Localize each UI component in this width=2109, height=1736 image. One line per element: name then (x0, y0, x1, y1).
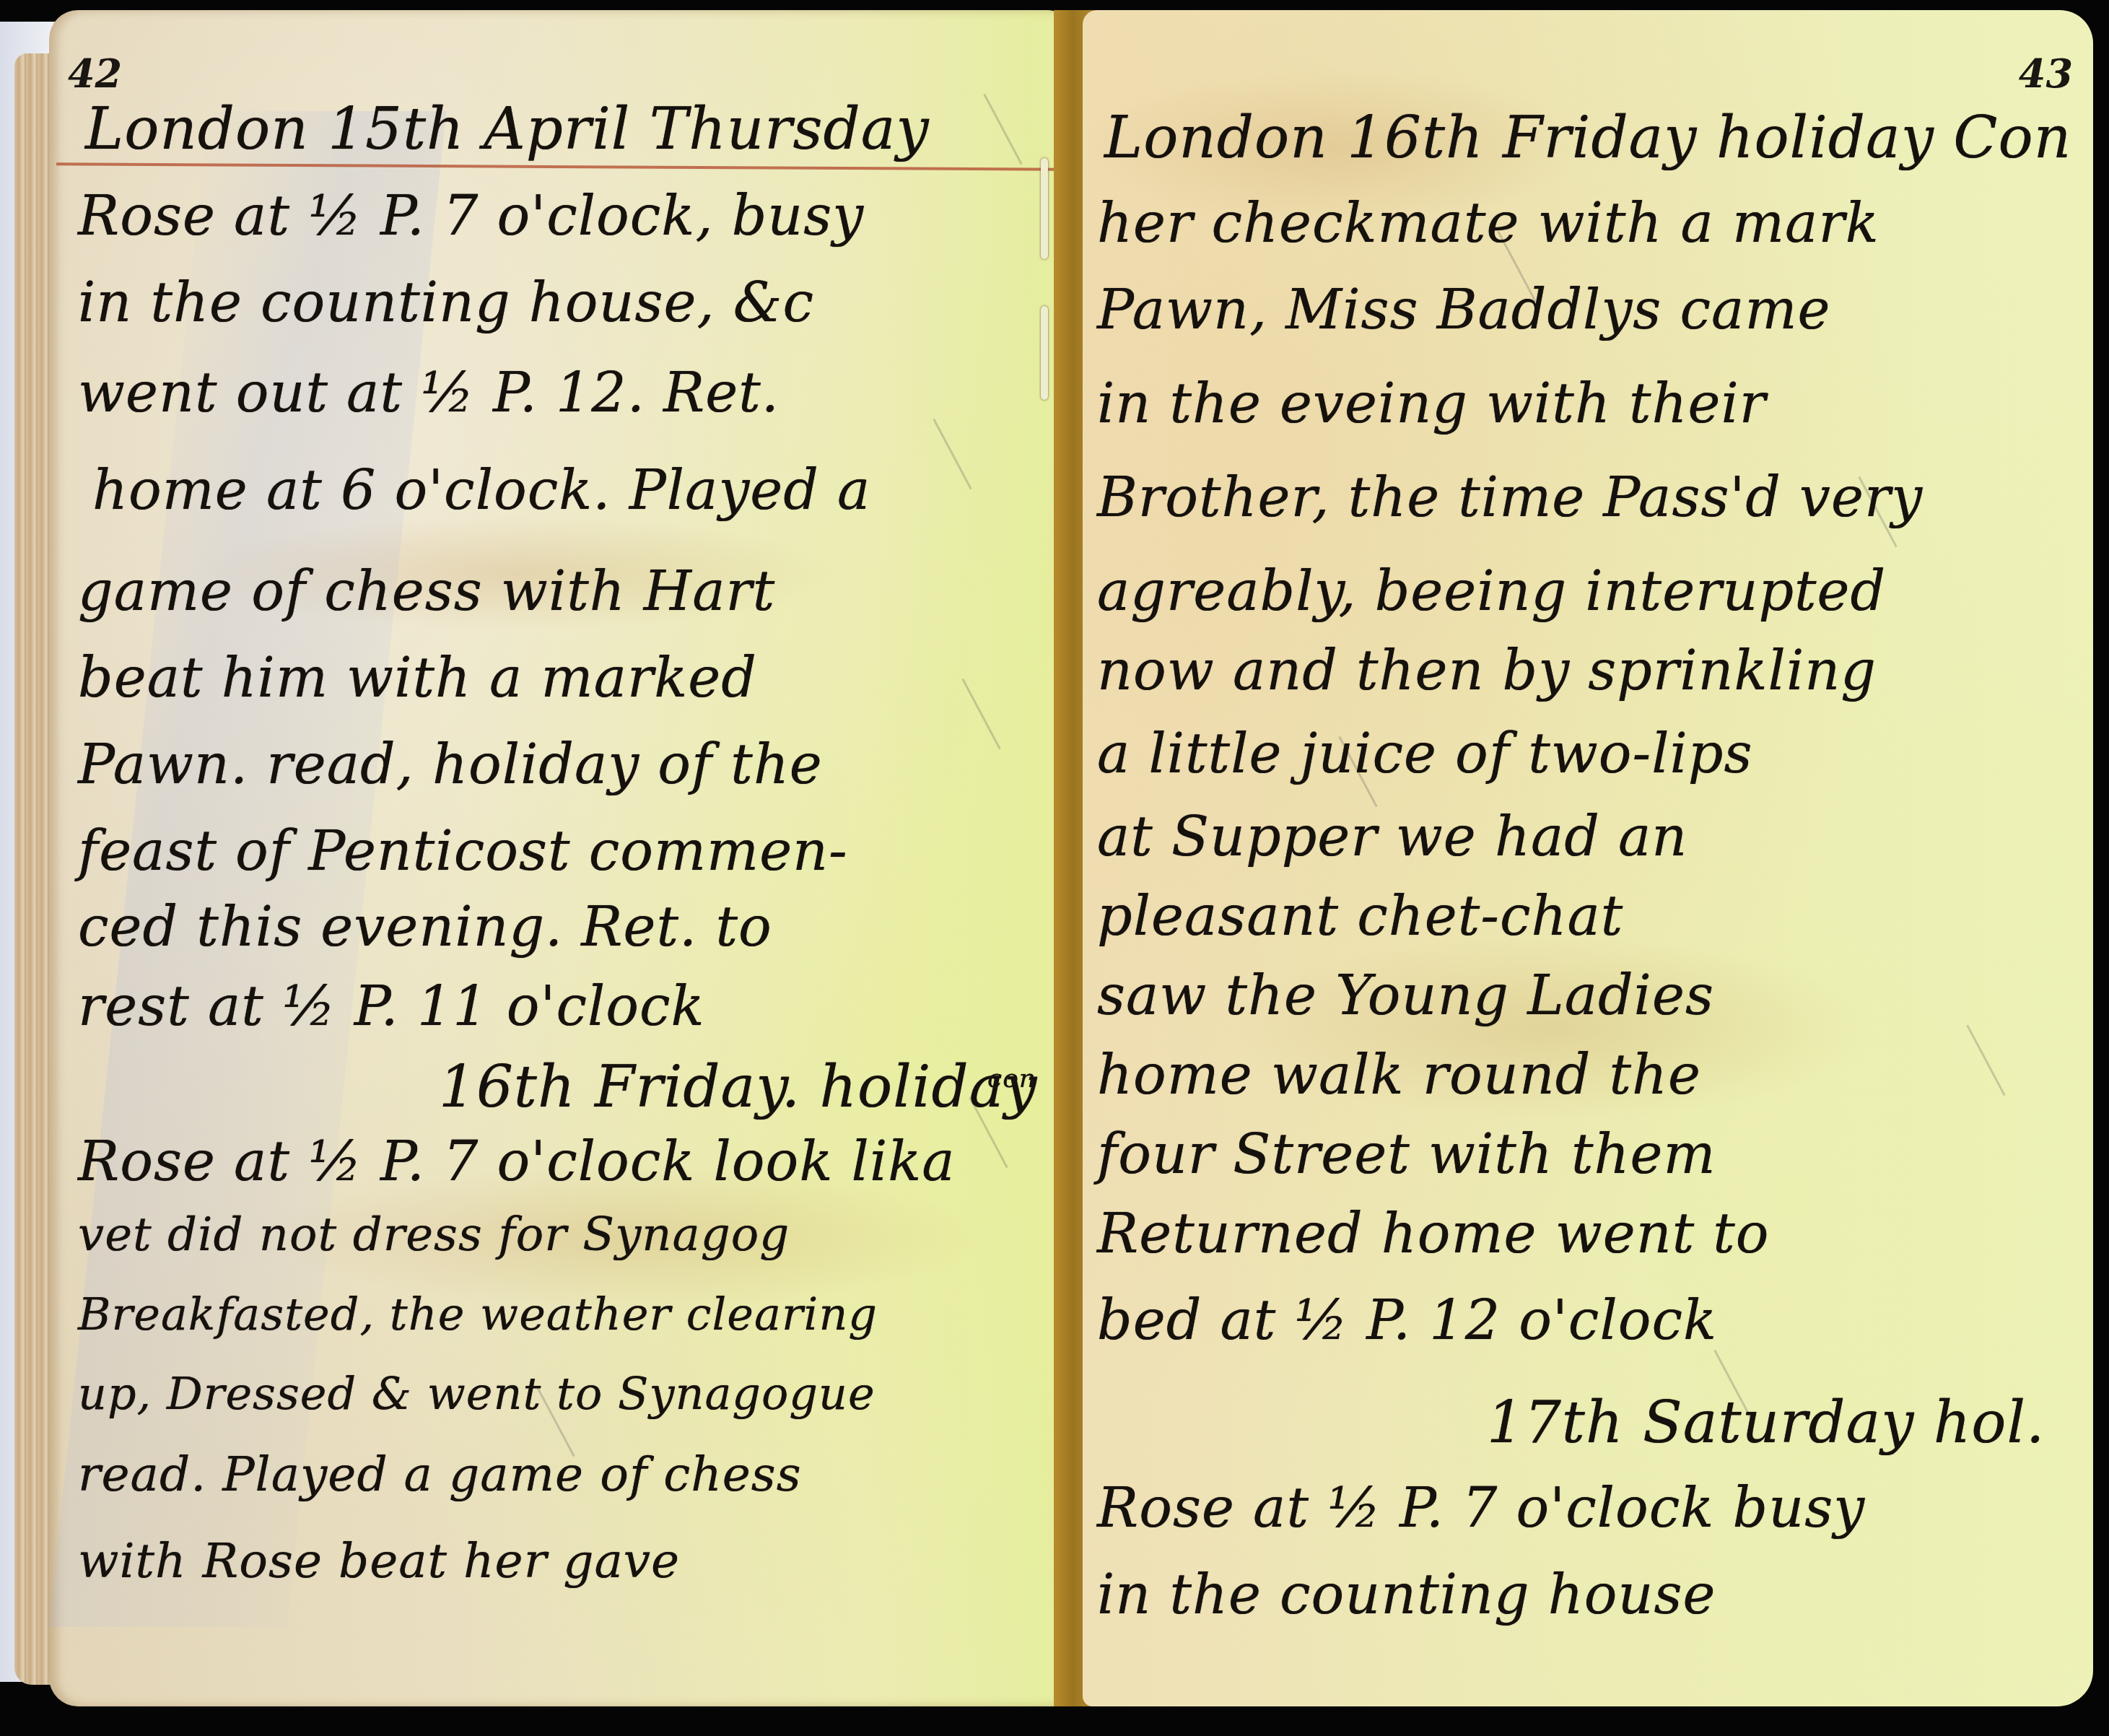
diary-entry-heading: London 15th April Thursday (85, 95, 930, 162)
right-page-text: London 16th Friday holiday Con her check… (1083, 10, 2093, 1706)
handwritten-line: saw the Young Ladies (1097, 963, 1714, 1027)
handwritten-line: Pawn, Miss Baddlys came (1097, 277, 1830, 341)
handwritten-line: vet did not dress for Synagog (78, 1208, 790, 1262)
handwritten-line: Breakfasted, the weather clearing (78, 1288, 878, 1340)
handwritten-line: home at 6 o'clock. Played a (92, 458, 870, 522)
open-diary: 42 London 15th April Thursday Rose at ½ … (14, 10, 2100, 1714)
diary-entry-date: 17th Saturday hol. (1487, 1389, 2045, 1456)
handwritten-line: beat him with a marked (78, 645, 757, 710)
diary-entry-heading: London 16th Friday holiday Con (1104, 104, 2071, 171)
handwritten-line: went out at ½ P. 12. Ret. (78, 360, 780, 424)
right-page: 43 London 16th Friday holiday Con her ch… (1083, 10, 2093, 1706)
diary-entry-date: 16th Friday. holiday (439, 1053, 1038, 1120)
handwritten-line: at Supper we had an (1097, 804, 1687, 868)
handwritten-line: up, Dressed & went to Synagogue (78, 1367, 876, 1420)
handwritten-line: her checkmate with a mark (1097, 191, 1879, 255)
handwritten-line: home walk round the (1097, 1042, 1701, 1107)
margin-note: con (987, 1064, 1036, 1094)
binding-thread (1041, 158, 1048, 259)
handwritten-line: game of chess with Hart (78, 559, 775, 623)
handwritten-line: Rose at ½ P. 7 o'clock look lika (78, 1129, 956, 1193)
handwritten-line: Pawn. read, holiday of the (78, 732, 823, 796)
handwritten-line: a little juice of two-lips (1097, 721, 1752, 785)
handwritten-line: in the counting house (1097, 1562, 1716, 1626)
handwritten-line: Returned home went to (1097, 1201, 1770, 1265)
handwritten-line: bed at ½ P. 12 o'clock (1097, 1288, 1717, 1352)
handwritten-line: in the counting house, &c (78, 270, 814, 334)
handwritten-line: read. Played a game of chess (78, 1447, 802, 1502)
handwritten-line: with Rose beat her gave (78, 1533, 680, 1589)
handwritten-line: now and then by sprinkling (1097, 638, 1877, 702)
binding-thread (1041, 306, 1048, 400)
handwritten-line: feast of Penticost commen- (78, 819, 848, 883)
handwritten-line: agreably, beeing interupted (1097, 559, 1886, 623)
handwritten-line: rest at ½ P. 11 o'clock (78, 974, 705, 1038)
handwritten-line: pleasant chet-chat (1097, 884, 1623, 948)
handwritten-line: four Street with them (1097, 1122, 1716, 1186)
left-page-text: London 15th April Thursday Rose at ½ P. … (49, 10, 1067, 1706)
handwritten-line: Brother, the time Pass'd very (1097, 465, 1923, 529)
handwritten-line: Rose at ½ P. 7 o'clock busy (1097, 1475, 1865, 1540)
handwritten-line: Rose at ½ P. 7 o'clock, busy (78, 183, 864, 248)
handwritten-line: ced this evening. Ret. to (78, 894, 772, 959)
handwritten-line: in the eveing with their (1097, 371, 1766, 435)
left-page: 42 London 15th April Thursday Rose at ½ … (49, 10, 1067, 1706)
